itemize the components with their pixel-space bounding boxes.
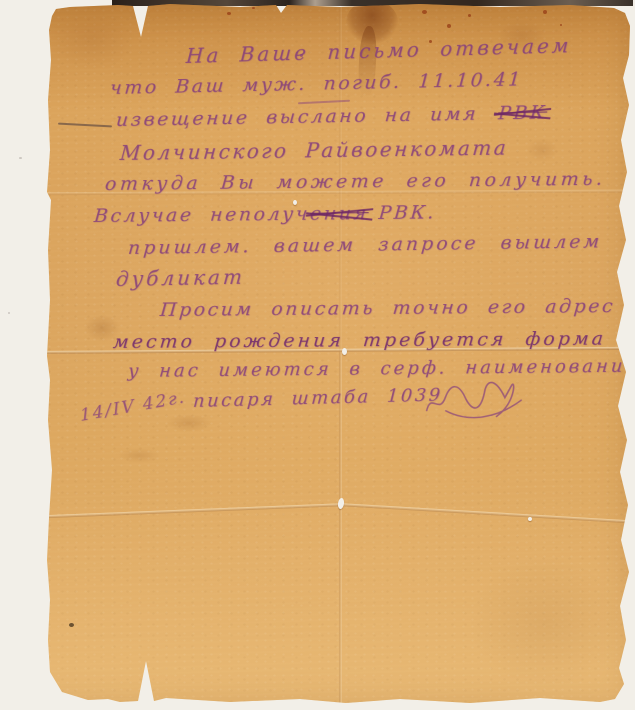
line-text: Просим описать точно его адрес — [159, 295, 616, 321]
line-text: РВК. — [378, 201, 437, 224]
handwritten-line-9: Просим описать точно его адрес — [159, 295, 616, 321]
dust-speck — [19, 157, 22, 159]
handwritten-line-8: дубликат — [115, 265, 246, 291]
line-text: Вслучае неполуч — [93, 203, 311, 227]
dust-speck — [8, 312, 10, 314]
paper-hole — [342, 348, 347, 355]
paper-hole — [528, 517, 532, 521]
rust-spot — [447, 24, 451, 28]
handwritten-line-10: место рождения требуется форма — [112, 328, 607, 353]
rust-spot — [252, 7, 255, 9]
stain — [468, 556, 623, 691]
letter-paper: На Ваше письмо отвечаем что Ваш муж. пог… — [0, 0, 635, 710]
struck-word: РВК — [497, 101, 547, 124]
rust-spot — [543, 10, 547, 14]
stain — [50, 8, 134, 70]
handwritten-line-6: Вслучае неполученияРВК. — [93, 201, 437, 227]
signature-scribble — [421, 371, 535, 428]
dirt-speck — [69, 623, 74, 627]
stain — [166, 414, 212, 432]
stain — [118, 448, 160, 463]
rust-spot — [560, 24, 562, 26]
rust-spot — [422, 10, 427, 14]
rust-spot — [227, 12, 231, 15]
stain — [526, 138, 558, 162]
scanned-letter: На Ваше письмо отвечаем что Ваш муж. пог… — [0, 0, 635, 710]
rust-spot — [468, 14, 471, 17]
paper-hole — [293, 200, 297, 205]
struck-word: ения — [309, 202, 369, 225]
line-text: место рождения требуется форма — [112, 328, 607, 353]
line-text: дубликат — [115, 265, 246, 291]
